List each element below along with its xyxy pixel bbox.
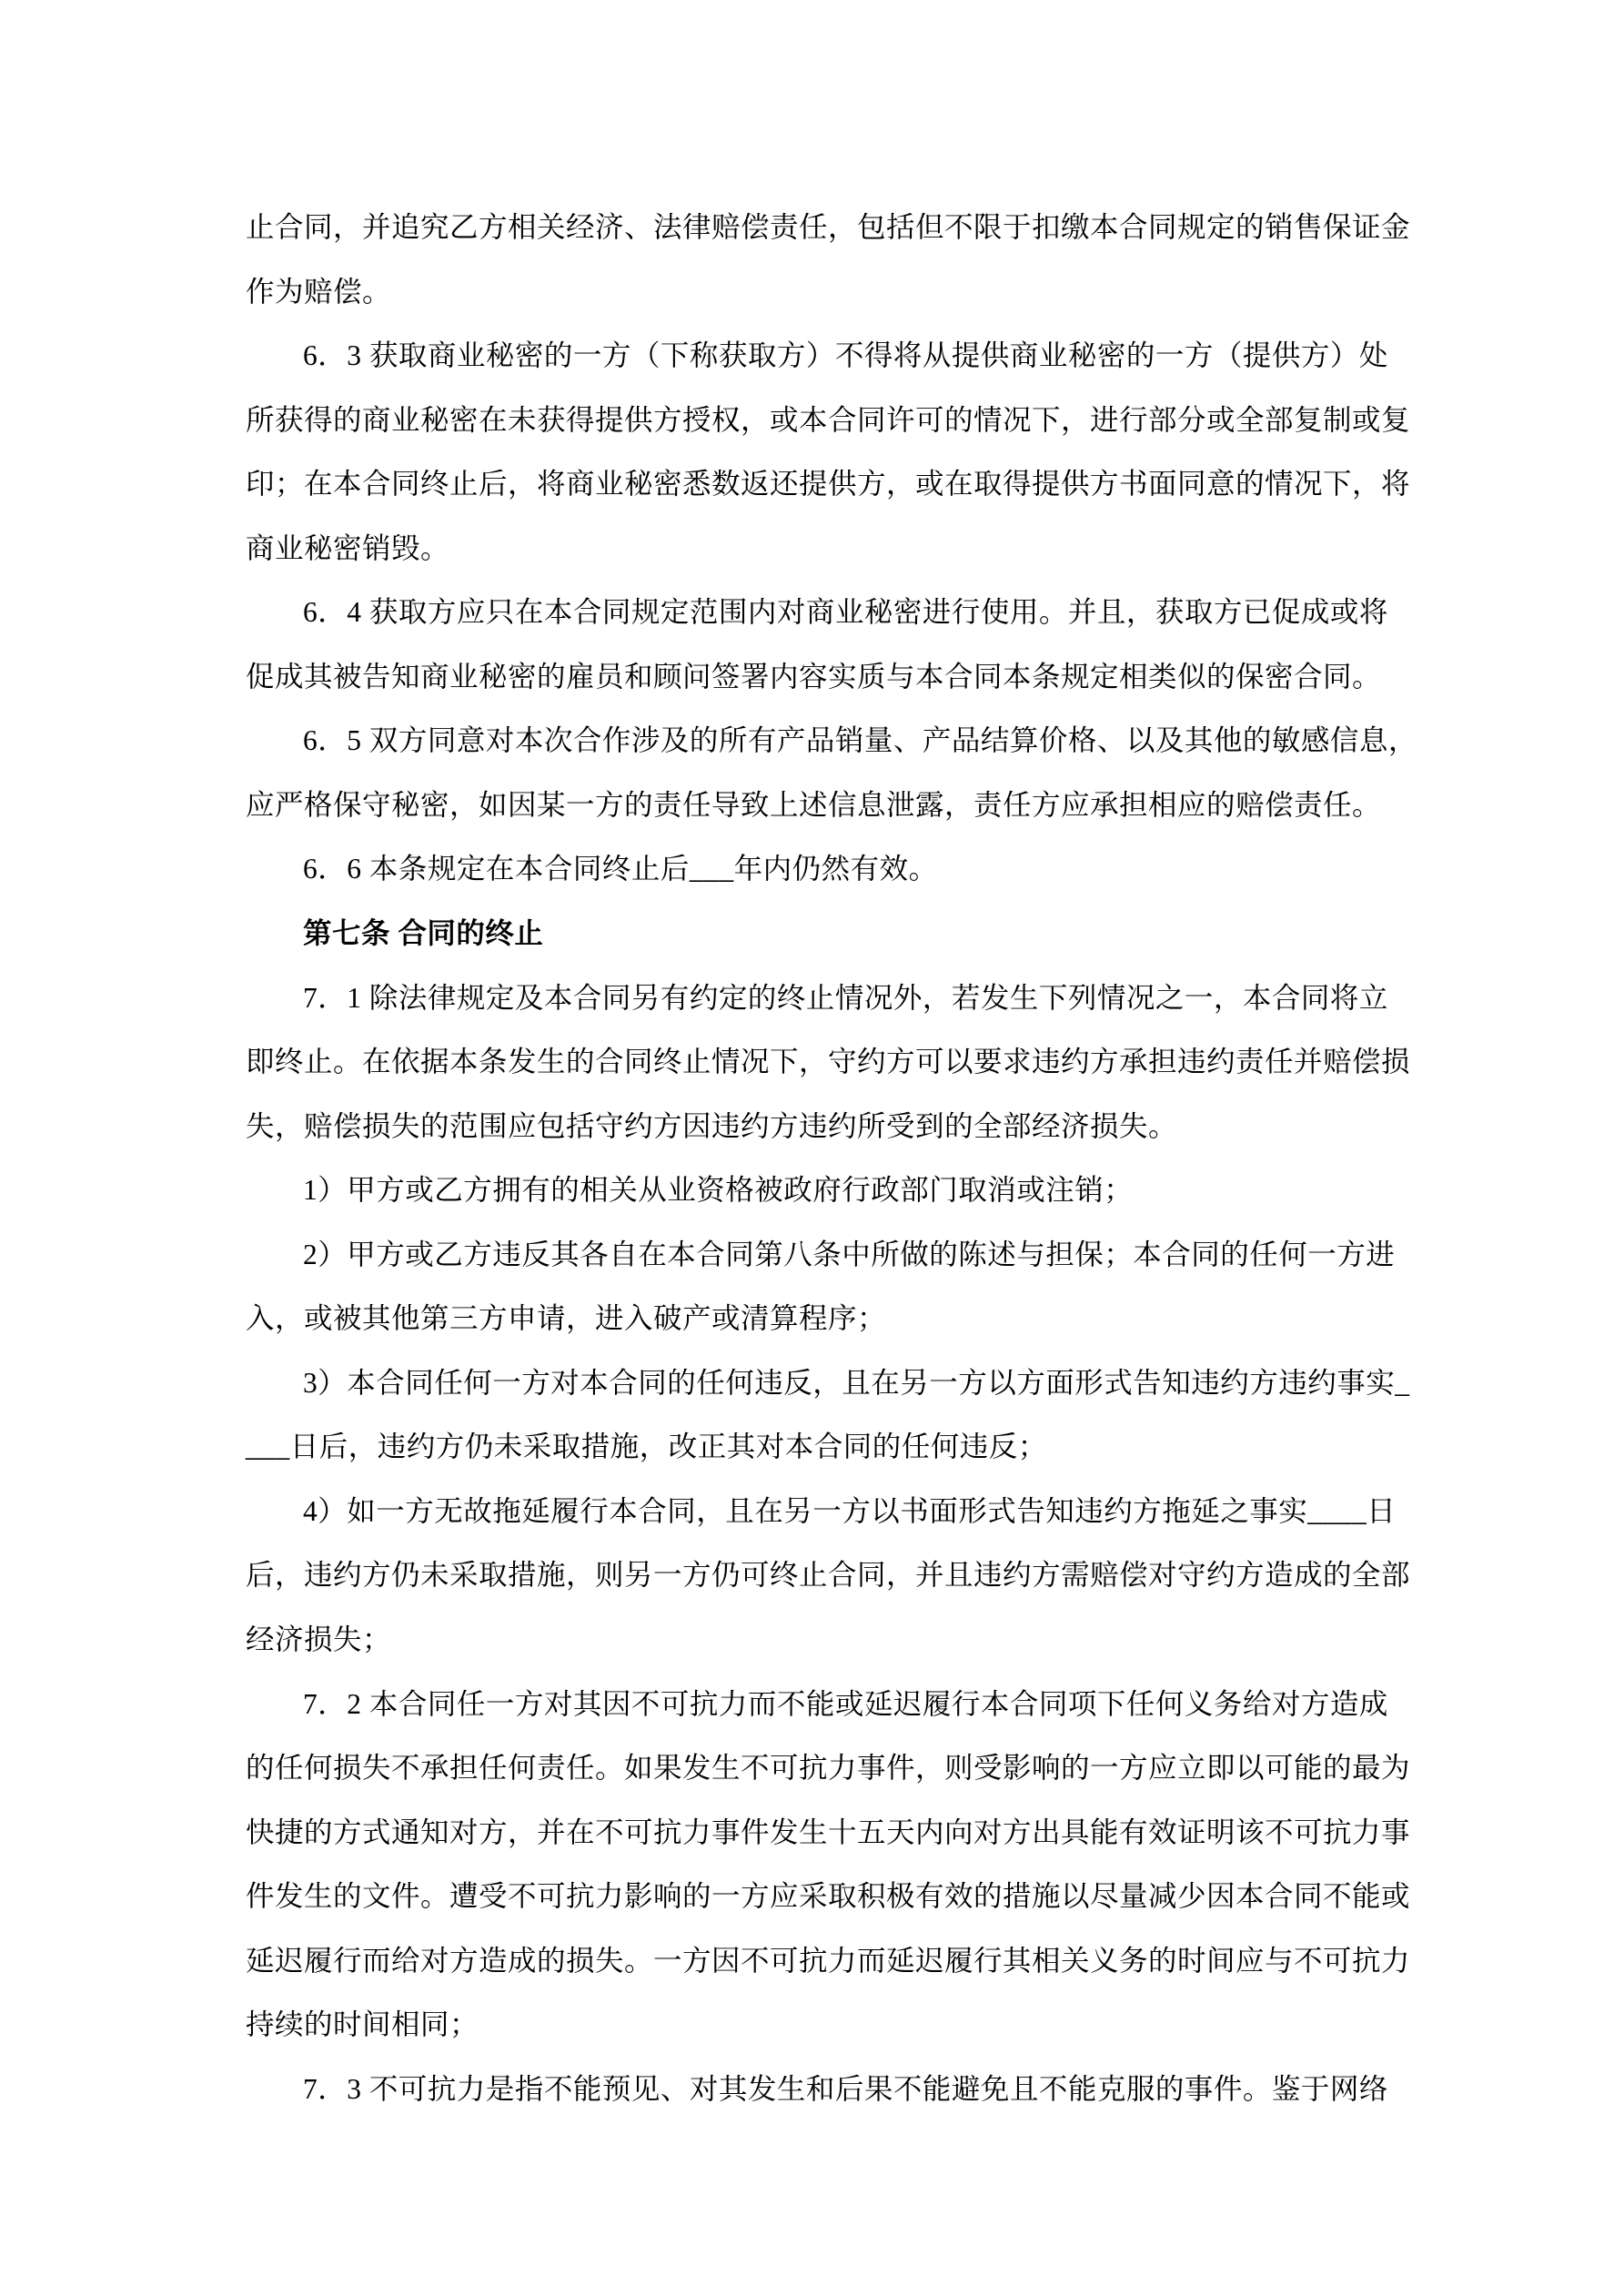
text-line: 件发生的文件。遭受不可抗力影响的一方应采取积极有效的措施以尽量减少因本合同不能或 xyxy=(246,1865,1380,1929)
text-line: 印；在本合同终止后，将商业秘密悉数返还提供方，或在取得提供方书面同意的情况下，将 xyxy=(246,452,1380,517)
list-item-2-line: 2）甲方或乙方违反其各自在本合同第八条中所做的陈述与担保；本合同的任何一方进 xyxy=(246,1223,1380,1288)
text-line: 快捷的方式通知对方，并在不可抗力事件发生十五天内向对方出具能有效证明该不可抗力事 xyxy=(246,1801,1380,1866)
text-line: 止合同，并追究乙方相关经济、法律赔偿责任，包括但不限于扣缴本合同规定的销售保证金 xyxy=(246,196,1380,260)
document-text-block: 止合同，并追究乙方相关经济、法律赔偿责任，包括但不限于扣缴本合同规定的销售保证金… xyxy=(246,196,1380,2121)
clause-6-6-line: 6．6 本条规定在本合同终止后___年内仍然有效。 xyxy=(246,837,1380,902)
text-line: 作为赔偿。 xyxy=(246,260,1380,325)
list-item-4-line: 4）如一方无故拖延履行本合同，且在另一方以书面形式告知违约方拖延之事实____日 xyxy=(246,1480,1380,1544)
text-line: 应严格保守秘密，如因某一方的责任导致上述信息泄露，责任方应承担相应的赔偿责任。 xyxy=(246,774,1380,838)
text-line: 入，或被其他第三方申请，进入破产或清算程序； xyxy=(246,1287,1380,1351)
text-line: 促成其被告知商业秘密的雇员和顾问签署内容实质与本合同本条规定相类似的保密合同。 xyxy=(246,645,1380,710)
clause-7-1-line: 7．1 除法律规定及本合同另有约定的终止情况外，若发生下列情况之一，本合同将立 xyxy=(246,966,1380,1031)
text-line: 即终止。在依据本条发生的合同终止情况下，守约方可以要求违约方承担违约责任并赔偿损 xyxy=(246,1030,1380,1095)
text-line: 失，赔偿损失的范围应包括守约方因违约方违约所受到的全部经济损失。 xyxy=(246,1095,1380,1159)
text-line: 商业秘密销毁。 xyxy=(246,517,1380,582)
text-line: ___日后，违约方仍未采取措施，改正其对本合同的任何违反； xyxy=(246,1415,1380,1480)
clause-6-5-line: 6．5 双方同意对本次合作涉及的所有产品销量、产品结算价格、以及其他的敏感信息， xyxy=(246,709,1380,774)
article-7-heading: 第七条 合同的终止 xyxy=(246,902,1380,966)
clause-7-2-line: 7．2 本合同任一方对其因不可抗力而不能或延迟履行本合同项下任何义务给对方造成 xyxy=(246,1673,1380,1737)
list-item-3-line: 3）本合同任何一方对本合同的任何违反，且在另一方以方面形式告知违约方违约事实_ xyxy=(246,1351,1380,1416)
list-item-1-line: 1）甲方或乙方拥有的相关从业资格被政府行政部门取消或注销； xyxy=(246,1158,1380,1223)
clause-6-3-line: 6．3 获取商业秘密的一方（下称获取方）不得将从提供商业秘密的一方（提供方）处 xyxy=(246,324,1380,389)
text-line: 持续的时间相同； xyxy=(246,1993,1380,2058)
clause-7-3-line: 7．3 不可抗力是指不能预见、对其发生和后果不能避免且不能克服的事件。鉴于网络 xyxy=(246,2058,1380,2122)
clause-6-4-line: 6．4 获取方应只在本合同规定范围内对商业秘密进行使用。并且，获取方已促成或将 xyxy=(246,581,1380,645)
text-line: 后，违约方仍未采取措施，则另一方仍可终止合同，并且违约方需赔偿对守约方造成的全部 xyxy=(246,1543,1380,1608)
contract-document-page: 止合同，并追究乙方相关经济、法律赔偿责任，包括但不限于扣缴本合同规定的销售保证金… xyxy=(0,0,1624,2296)
text-line: 延迟履行而给对方造成的损失。一方因不可抗力而延迟履行其相关义务的时间应与不可抗力 xyxy=(246,1929,1380,1994)
text-line: 的任何损失不承担任何责任。如果发生不可抗力事件，则受影响的一方应立即以可能的最为 xyxy=(246,1736,1380,1801)
text-line: 所获得的商业秘密在未获得提供方授权，或本合同许可的情况下，进行部分或全部复制或复 xyxy=(246,389,1380,453)
text-line: 经济损失； xyxy=(246,1608,1380,1673)
